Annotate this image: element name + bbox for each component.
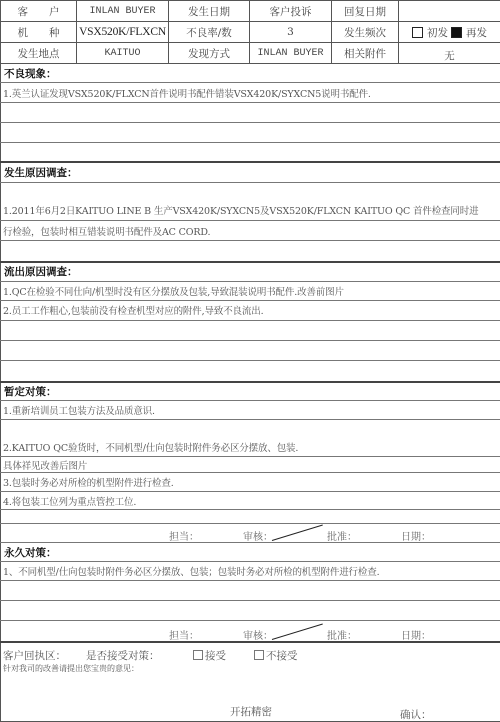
temporary-line-2[interactable]: 2.KAITUO QC验货时，不同机型/仕向包装时附件务必区分摆放、包装. bbox=[3, 440, 298, 454]
divider bbox=[0, 641, 500, 643]
temporary-review-label: 审核： bbox=[243, 528, 273, 543]
divider bbox=[0, 281, 500, 282]
divider bbox=[0, 122, 500, 123]
temporary-date-label: 日期： bbox=[401, 528, 431, 543]
permanent-approve-label: 批准： bbox=[327, 627, 357, 642]
divider bbox=[0, 360, 500, 361]
divider bbox=[0, 381, 500, 383]
first-occurrence-checkbox[interactable] bbox=[412, 27, 423, 38]
divider bbox=[0, 419, 500, 420]
divider bbox=[0, 620, 500, 621]
first-occurrence-label: 初发 bbox=[427, 25, 448, 40]
divider bbox=[0, 456, 500, 457]
temporary-measures-title: 暂定对策： bbox=[4, 384, 57, 399]
permanent-date-label: 日期： bbox=[401, 627, 431, 642]
divider bbox=[0, 340, 500, 341]
temporary-owner-label: 担当： bbox=[169, 528, 199, 543]
divider bbox=[0, 82, 500, 83]
value-location[interactable]: KAITUO bbox=[77, 43, 169, 64]
temporary-line-4[interactable]: 3.包装时务必对所检的机型附件进行检查. bbox=[3, 475, 174, 489]
divider bbox=[0, 261, 500, 263]
reject-checkbox[interactable] bbox=[254, 650, 264, 660]
divider bbox=[0, 600, 500, 601]
header-row-model: 机 种 VSX520K/FLXCN 不良率/数 3 发生频次 初发 再发 bbox=[1, 22, 500, 43]
accept-question-label: 是否接受对策： bbox=[86, 648, 160, 663]
label-discovery-method: 发现方式 bbox=[169, 43, 250, 64]
defect-title: 不良现象： bbox=[4, 66, 57, 81]
customer-reply-label: 客户回执区： bbox=[3, 648, 66, 663]
temporary-line-1[interactable]: 1.重新培训员工包装方法及品质意识. bbox=[3, 403, 155, 417]
divider bbox=[0, 400, 500, 401]
value-customer[interactable]: INLAN BUYER bbox=[77, 1, 169, 22]
divider bbox=[0, 220, 500, 221]
root-cause-line-1[interactable]: 1.2011年6月2日KAITUO LINE B 生产VSX420K/SYXCN… bbox=[3, 203, 478, 217]
header-table: 客 户 INLAN BUYER 发生日期 客户投诉 回复日期 机 种 VSX52… bbox=[0, 0, 500, 64]
divider bbox=[0, 300, 500, 301]
permanent-owner-label: 担当： bbox=[169, 627, 199, 642]
accept-option[interactable]: 接受 bbox=[193, 648, 226, 663]
divider bbox=[0, 523, 500, 524]
value-reply-date[interactable] bbox=[399, 1, 500, 22]
divider bbox=[0, 580, 500, 581]
divider bbox=[0, 320, 500, 321]
label-location: 发生地点 bbox=[1, 43, 77, 64]
divider bbox=[0, 491, 500, 492]
defect-line-1[interactable]: 1.英兰认证发现VSX520K/FLXCN首件说明书配件错装VSX420K/SY… bbox=[3, 86, 371, 100]
divider bbox=[0, 240, 500, 241]
header-row-location: 发生地点 KAITUO 发现方式 INLAN BUYER 相关附件 无 bbox=[1, 43, 500, 64]
temporary-line-3[interactable]: 具体祥见改善后图片 bbox=[3, 458, 87, 472]
divider bbox=[0, 561, 500, 562]
divider bbox=[0, 161, 500, 163]
feedback-prompt: 针对我司的改善请提出您宝贵的意见： bbox=[3, 663, 139, 674]
value-attachments[interactable]: 无 bbox=[399, 43, 500, 64]
divider bbox=[0, 542, 500, 543]
root-cause-line-2[interactable]: 行检验，包装时相互错装说明书配件及AC CORD. bbox=[3, 224, 210, 238]
label-model: 机 种 bbox=[1, 22, 77, 43]
label-defect-rate: 不良率/数 bbox=[169, 22, 250, 43]
permanent-line-1[interactable]: 1、不同机型/仕向包装时附件务必区分摆放、包装；包装时务必对所检的机型附件进行检… bbox=[3, 564, 379, 578]
label-attachments: 相关附件 bbox=[332, 43, 399, 64]
accept-checkbox[interactable] bbox=[193, 650, 203, 660]
divider bbox=[0, 472, 500, 473]
divider bbox=[0, 182, 500, 183]
repeat-occurrence-checkbox[interactable] bbox=[451, 27, 462, 38]
divider bbox=[0, 102, 500, 103]
reject-label: 不接受 bbox=[266, 650, 298, 662]
repeat-occurrence-label: 再发 bbox=[466, 25, 487, 40]
divider bbox=[0, 509, 500, 510]
value-model[interactable]: VSX520K/FLXCN bbox=[77, 22, 169, 43]
value-discovery-method[interactable]: INLAN BUYER bbox=[250, 43, 332, 64]
company-name: 开拓精密 bbox=[230, 704, 272, 719]
temporary-line-5[interactable]: 4.将包装工位列为重点管控工位. bbox=[3, 494, 136, 508]
label-reply-date: 回复日期 bbox=[332, 1, 399, 22]
root-cause-title: 发生原因调查： bbox=[4, 165, 78, 180]
label-frequency: 发生频次 bbox=[332, 22, 399, 43]
temporary-approve-label: 批准： bbox=[327, 528, 357, 543]
divider bbox=[0, 142, 500, 143]
header-row-customer: 客 户 INLAN BUYER 发生日期 客户投诉 回复日期 bbox=[1, 1, 500, 22]
value-complaint[interactable]: 客户投诉 bbox=[250, 1, 332, 22]
label-occur-date: 发生日期 bbox=[169, 1, 250, 22]
confirm-label: 确认： bbox=[400, 707, 432, 722]
permanent-review-label: 审核： bbox=[243, 627, 273, 642]
outflow-cause-line-2[interactable]: 2.员工工作粗心,包装前没有检查机型对应的附件,导致不良流出. bbox=[3, 303, 263, 317]
reject-option[interactable]: 不接受 bbox=[254, 648, 298, 663]
label-customer: 客 户 bbox=[1, 1, 77, 22]
accept-label: 接受 bbox=[205, 650, 226, 662]
permanent-measures-title: 永久对策： bbox=[4, 545, 57, 560]
outflow-cause-title: 流出原因调查： bbox=[4, 264, 78, 279]
frequency-options: 初发 再发 bbox=[399, 22, 500, 43]
value-defect-rate[interactable]: 3 bbox=[250, 22, 332, 43]
outflow-cause-line-1[interactable]: 1.QC在检验不同仕向/机型时没有区分摆放及包装,导致混装说明书配件.改善前图片 bbox=[3, 284, 344, 298]
